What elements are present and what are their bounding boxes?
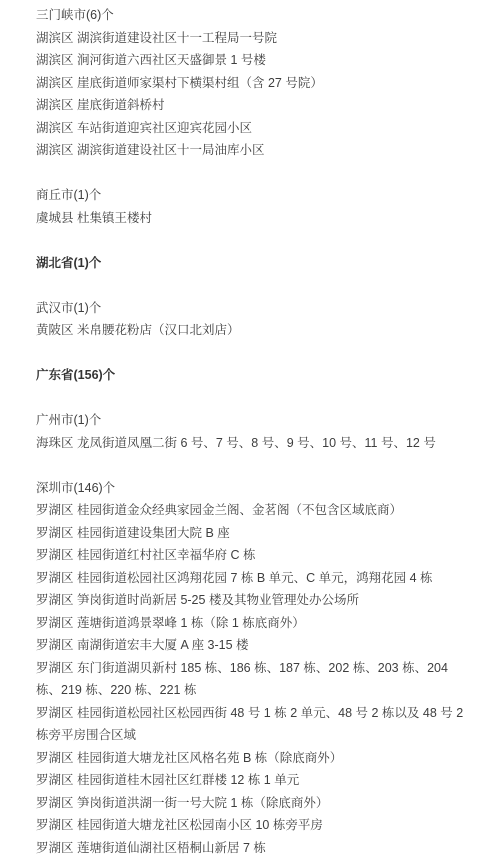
address-line: 湖滨区 崖底街道斜桥村 — [36, 94, 473, 117]
section-city: 三门峡市(6)个湖滨区 湖滨街道建设社区十一工程局一号院湖滨区 涧河街道六西社区… — [36, 4, 473, 162]
section-province: 湖北省(1)个 — [36, 252, 473, 275]
address-line: 罗湖区 桂园街道金众经典家园金兰阁、金茗阁（不包含区域底商） — [36, 499, 473, 522]
section-city: 广州市(1)个海珠区 龙凤街道凤凰二街 6 号、7 号、8 号、9 号、10 号… — [36, 409, 473, 454]
address-line: 罗湖区 桂园街道桂木园社区红群楼 12 栋 1 单元 — [36, 769, 473, 792]
section-header: 湖北省(1)个 — [36, 252, 473, 275]
address-line: 罗湖区 桂园街道松园社区松园西街 48 号 1 栋 2 单元、48 号 2 栋以… — [36, 702, 473, 747]
section-city: 商丘市(1)个虞城县 杜集镇王楼村 — [36, 184, 473, 229]
address-line: 湖滨区 车站街道迎宾社区迎宾花园小区 — [36, 117, 473, 140]
address-line: 罗湖区 笋岗街道时尚新居 5-25 楼及其物业管理处办公场所 — [36, 589, 473, 612]
address-line: 湖滨区 涧河街道六西社区天盛御景 1 号楼 — [36, 49, 473, 72]
address-line: 罗湖区 桂园街道大塘龙社区松园南小区 10 栋旁平房 — [36, 814, 473, 837]
address-line: 罗湖区 南湖街道宏丰大厦 A 座 3-15 楼 — [36, 634, 473, 657]
section-header: 武汉市(1)个 — [36, 297, 473, 320]
section-header: 三门峡市(6)个 — [36, 4, 473, 27]
address-line: 罗湖区 桂园街道松园社区鸿翔花园 7 栋 B 单元、C 单元，鸿翔花园 4 栋 — [36, 567, 473, 590]
risk-area-list-document[interactable]: 三门峡市(6)个湖滨区 湖滨街道建设社区十一工程局一号院湖滨区 涧河街道六西社区… — [0, 0, 481, 855]
section-city: 武汉市(1)个黄陂区 米帛腰花粉店（汉口北刘店） — [36, 297, 473, 342]
address-line: 海珠区 龙凤街道凤凰二街 6 号、7 号、8 号、9 号、10 号、11 号、1… — [36, 432, 473, 455]
address-line: 罗湖区 笋岗街道洪湖一街一号大院 1 栋（除底商外） — [36, 792, 473, 815]
section-header: 广州市(1)个 — [36, 409, 473, 432]
address-line: 罗湖区 桂园街道大塘龙社区风格名苑 B 栋（除底商外） — [36, 747, 473, 770]
address-line: 虞城县 杜集镇王楼村 — [36, 207, 473, 230]
address-line: 罗湖区 东门街道湖贝新村 185 栋、186 栋、187 栋、202 栋、203… — [36, 657, 473, 702]
address-line: 罗湖区 桂园街道红村社区幸福华府 C 栋 — [36, 544, 473, 567]
address-line: 湖滨区 湖滨街道建设社区十一工程局一号院 — [36, 27, 473, 50]
address-line: 湖滨区 崖底街道师家渠村下横渠村组（含 27 号院） — [36, 72, 473, 95]
address-line: 黄陂区 米帛腰花粉店（汉口北刘店） — [36, 319, 473, 342]
address-line: 罗湖区 莲塘街道仙湖社区梧桐山新居 7 栋 — [36, 837, 473, 855]
address-line: 罗湖区 桂园街道建设集团大院 B 座 — [36, 522, 473, 545]
section-header: 商丘市(1)个 — [36, 184, 473, 207]
section-province: 广东省(156)个 — [36, 364, 473, 387]
address-line: 湖滨区 湖滨街道建设社区十一局油库小区 — [36, 139, 473, 162]
section-city: 深圳市(146)个罗湖区 桂园街道金众经典家园金兰阁、金茗阁（不包含区域底商）罗… — [36, 477, 473, 855]
section-header: 广东省(156)个 — [36, 364, 473, 387]
section-header: 深圳市(146)个 — [36, 477, 473, 500]
address-line: 罗湖区 莲塘街道鸿景翠峰 1 栋（除 1 栋底商外） — [36, 612, 473, 635]
